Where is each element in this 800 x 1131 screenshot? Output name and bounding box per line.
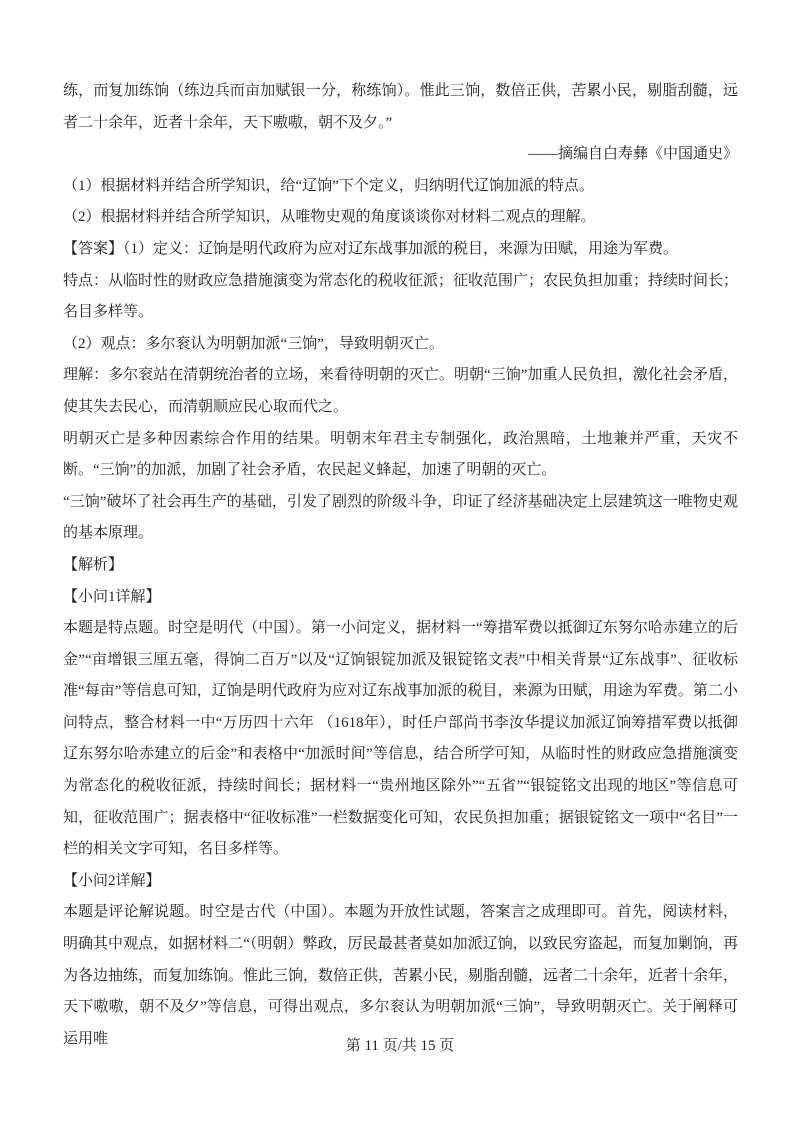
- answer-part2-analysis-1: 明朝灭亡是多种因素综合作用的结果。明朝末年君主专制强化，政治黑暗，土地兼并严重，…: [63, 424, 738, 487]
- material-source-citation: ——摘编自白寿彝《中国通史》: [63, 139, 738, 171]
- answer-part2-understanding: 理解：多尔衮站在清朝统治者的立场，来看待明朝的灭亡。明朝“三饷”加重人民负担，激…: [63, 360, 738, 423]
- document-body: 练，而复加练饷（练边兵而亩加赋银一分，称练饷）。惟此三饷，数倍正供，苦累小民，剔…: [63, 76, 738, 1055]
- subquestion-1-explanation: 本题是特点题。时空是明代（中国）。第一小问定义，据材料一“筹措军费以抵御辽东努尔…: [63, 613, 738, 866]
- question-1: （1）根据材料并结合所学知识，给“辽饷”下个定义，归纳明代辽饷加派的特点。: [63, 171, 738, 203]
- answer-part1-definition: 【答案】（1）定义：辽饷是明代政府为应对辽东战事加派的税目，来源为田赋，用途为军…: [63, 234, 738, 266]
- answer-part2-analysis-2: “三饷”破坏了社会再生产的基础，引发了剧烈的阶级斗争，印证了经济基础决定上层建筑…: [63, 487, 738, 550]
- subquestion-2-heading: 【小问2详解】: [63, 866, 738, 898]
- question-2: （2）根据材料并结合所学知识，从唯物史观的角度谈谈你对材料二观点的理解。: [63, 202, 738, 234]
- subquestion-2-explanation: 本题是评论解说题。时空是古代（中国）。本题为开放性试题，答案言之成理即可。首先，…: [63, 897, 738, 1055]
- page-number-footer: 第 11 页/共 15 页: [0, 1036, 800, 1056]
- answer-part1-features: 特点：从临时性的财政应急措施演变为常态化的税收征派；征收范围广；农民负担加重；持…: [63, 266, 738, 329]
- analysis-heading: 【解析】: [63, 550, 738, 582]
- material-text-continuation: 练，而复加练饷（练边兵而亩加赋银一分，称练饷）。惟此三饷，数倍正供，苦累小民，剔…: [63, 76, 738, 139]
- subquestion-1-heading: 【小问1详解】: [63, 582, 738, 614]
- answer-part2-viewpoint: （2）观点：多尔衮认为明朝加派“三饷”，导致明朝灭亡。: [63, 329, 738, 361]
